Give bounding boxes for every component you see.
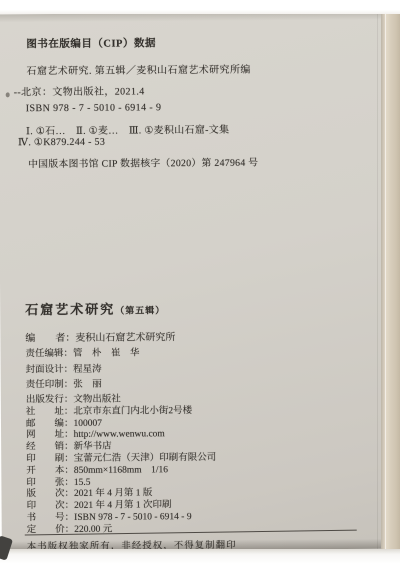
staff-row: 责任印制：张 丽 (26, 377, 140, 393)
publishing-label: 印 刷： (26, 454, 74, 466)
cip-title-line: 石窟艺术研究. 第五辑／麦积山石窟艺术研究所编 (26, 61, 250, 78)
publishing-value: 2021 年 4 月第 1 次印刷 (74, 500, 171, 512)
publishing-row: 书 号：ISBN 978 - 7 - 5010 - 6914 - 9 (27, 512, 217, 525)
publishing-label: 网 址： (26, 430, 74, 442)
publishing-value: 850mm×1168mm 1/16 (74, 465, 168, 477)
editor-value: 麦积山石窟艺术研究所 (75, 332, 175, 344)
publishing-value: http://www.wenwu.com (74, 430, 165, 442)
publishing-value: 100007 (73, 418, 102, 430)
cip-publisher-line: --北京：文物出版社，2021.4 (14, 82, 145, 98)
publishing-value: 2021 年 4 月第 1 版 (74, 489, 152, 501)
cip-isbn-line: ISBN 978 - 7 - 5010 - 6914 - 9 (26, 102, 162, 114)
editor-line: 编 者：麦积山石窟艺术研究所 (25, 328, 175, 344)
staff-value: 张 丽 (73, 378, 102, 394)
publishing-label: 印 张： (26, 477, 74, 489)
staff-label: 责任印制： (26, 378, 74, 394)
publishing-value: 宝蕾元仁浩（天津）印刷有限公司 (74, 453, 217, 466)
staff-label: 责任编辑： (25, 347, 73, 363)
staff-value: 程星涛 (73, 362, 102, 378)
staff-row: 责任编辑：管 朴 崔 华 (25, 346, 139, 362)
publishing-label: 邮 编： (26, 418, 74, 430)
book-title: 石窟艺术研究（第五辑） (25, 298, 165, 318)
book-subtitle: （第五辑） (115, 305, 165, 315)
editor-label: 编 者： (25, 333, 75, 344)
publishing-label: 出版发行： (26, 395, 74, 407)
cip-record-line: 中国版本图书馆 CIP 数据核字（2020）第 247964 号 (28, 155, 258, 171)
publishing-value: 北京市东直门内北小街2号楼 (73, 406, 192, 419)
staff-label: 封面设计： (26, 362, 74, 378)
publishing-row: 印 刷：宝蕾元仁浩（天津）印刷有限公司 (26, 453, 216, 466)
cip-class-line-1: Ⅰ. ①石… Ⅱ. ①麦… Ⅲ. ①麦积山石窟-文集 (26, 121, 230, 137)
staff-value: 管 朴 崔 华 (73, 346, 140, 362)
publishing-label: 社 址： (26, 407, 74, 419)
book-title-text: 石窟艺术研究 (25, 302, 115, 318)
book-copyright-page-photo: 图书在版编目（CIP）数据 石窟艺术研究. 第五辑／麦积山石窟艺术研究所编 --… (0, 0, 400, 564)
publishing-label: 版 次： (26, 489, 74, 501)
photo-top-margin (0, 0, 400, 14)
page-photo: 图书在版编目（CIP）数据 石窟艺术研究. 第五辑／麦积山石窟艺术研究所编 --… (0, 12, 400, 552)
publishing-value: 文物出版社 (73, 395, 121, 407)
publishing-block: 出版发行：文物出版社 社 址：北京市东直门内北小街2号楼 邮 编：100007 … (26, 394, 217, 537)
book-fore-edge (381, 4, 400, 554)
stray-mark (6, 92, 10, 97)
publishing-row: 社 址：北京市东直门内北小街2号楼 (26, 406, 216, 419)
publishing-label: 经 销： (26, 442, 74, 454)
publishing-value: 新华书店 (74, 442, 112, 454)
staff-row: 封面设计：程星涛 (26, 362, 140, 378)
cip-heading: 图书在版编目（CIP）数据 (26, 35, 156, 51)
staff-block: 责任编辑：管 朴 崔 华 封面设计：程星涛 责任印制：张 丽 (25, 346, 139, 393)
publishing-value: 15.5 (74, 477, 91, 489)
photo-bottom-margin (0, 549, 400, 564)
publishing-label: 书 号： (27, 513, 75, 525)
publishing-label: 印 次： (27, 501, 75, 513)
publishing-label: 开 本： (26, 466, 74, 478)
page-crease (377, 13, 378, 550)
publishing-value: ISBN 978 - 7 - 5010 - 6914 - 9 (74, 512, 192, 525)
cip-class-line-2: Ⅳ. ①K879.244 - 53 (18, 137, 105, 149)
